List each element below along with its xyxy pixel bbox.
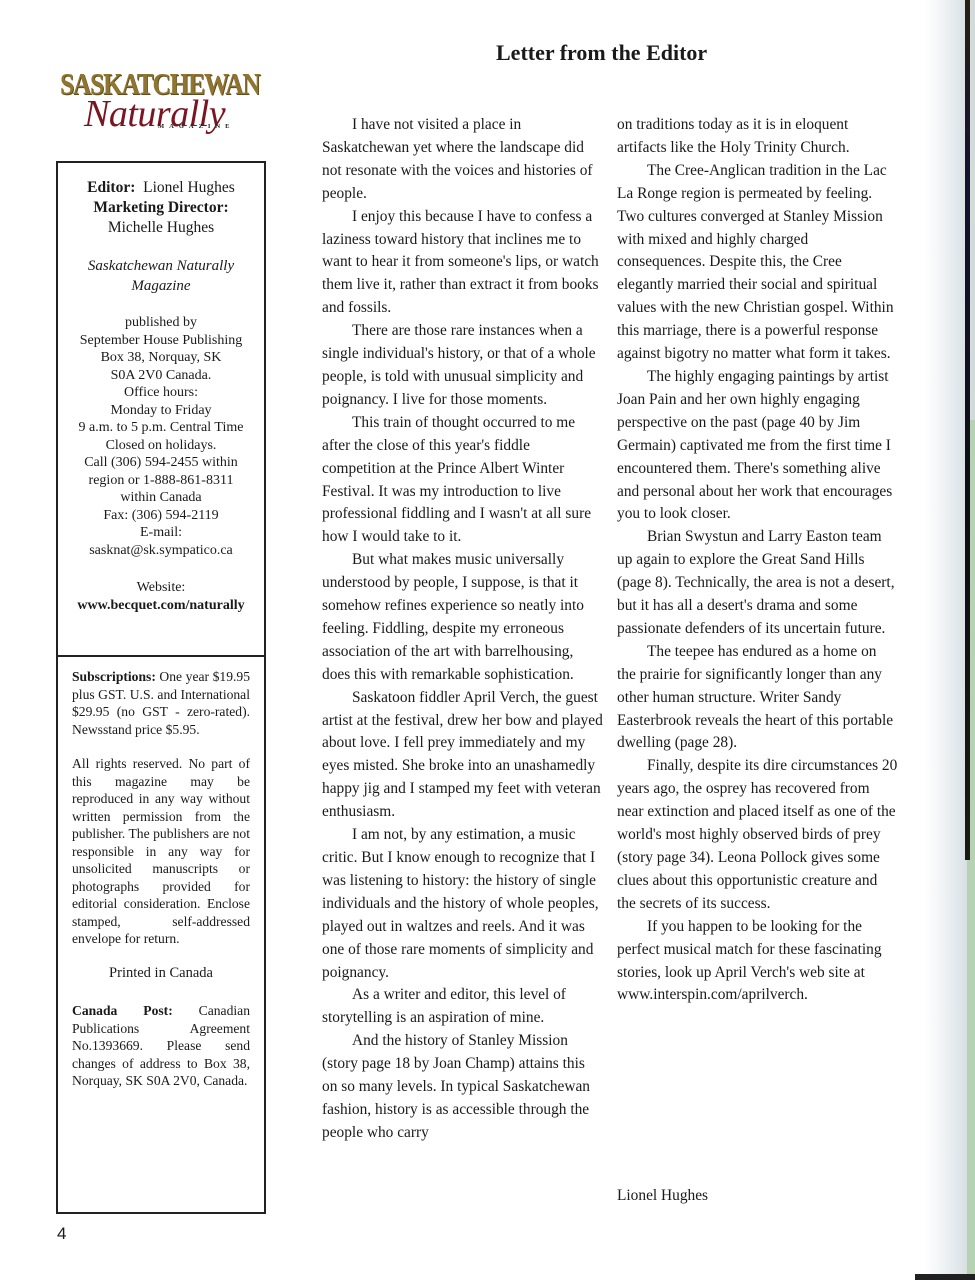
subscriptions-label: Subscriptions:: [72, 669, 156, 684]
publisher-line: published by: [58, 314, 264, 332]
publisher-line: Office hours:: [58, 384, 264, 402]
paragraph-continuation: on traditions today as it is in eloquent…: [617, 114, 899, 160]
canada-post-info: Canada Post: Canadian Publications Agree…: [72, 1002, 250, 1090]
publisher-line: Closed on holidays.: [58, 437, 264, 455]
publisher-line: within Canada: [58, 489, 264, 507]
publisher-line: 9 a.m. to 5 p.m. Central Time: [58, 419, 264, 437]
binding-spine: [965, 0, 970, 860]
subscriptions-info: Subscriptions: One year $19.95 plus GST.…: [72, 668, 250, 738]
magazine-name: Saskatchewan Naturally Magazine: [58, 256, 264, 296]
paragraph: The highly engaging paintings by artist …: [617, 366, 899, 526]
publisher-info: published by September House Publishing …: [58, 314, 264, 559]
publisher-line: Monday to Friday: [58, 402, 264, 420]
publisher-line: Box 38, Norquay, SK: [58, 349, 264, 367]
marketing-label: Marketing Director:: [58, 198, 264, 218]
publisher-line: region or 1-888-861-8311: [58, 472, 264, 490]
email-address: sasknat@sk.sympatico.ca: [58, 542, 264, 560]
canada-post-label: Canada Post:: [72, 1003, 173, 1018]
logo-subtitle: MAGAZINE: [158, 123, 234, 130]
paragraph: Brian Swystun and Larry Easton team up a…: [617, 526, 899, 641]
publisher-line: S0A 2V0 Canada.: [58, 367, 264, 385]
paragraph: But what makes music universally underst…: [322, 549, 604, 686]
editor-line: Editor: Lionel Hughes: [58, 178, 264, 198]
letter-column-2: on traditions today as it is in eloquent…: [617, 114, 899, 1007]
magazine-name-line: Magazine: [58, 276, 264, 296]
website-info: Website: www.becquet.com/naturally: [58, 579, 264, 614]
website-label: Website:: [58, 579, 264, 597]
paragraph: The teepee has endured as a home on the …: [617, 641, 899, 756]
paragraph: I have not visited a place in Saskatchew…: [322, 114, 604, 206]
paragraph: If you happen to be looking for the perf…: [617, 916, 899, 1008]
magazine-name-line: Saskatchewan Naturally: [58, 256, 264, 276]
staff-credits: Editor: Lionel Hughes Marketing Director…: [58, 178, 264, 238]
printed-in: Printed in Canada: [72, 965, 250, 983]
paragraph: I enjoy this because I have to confess a…: [322, 206, 604, 321]
paragraph: And the history of Stanley Mission (stor…: [322, 1030, 604, 1145]
editor-signature: Lionel Hughes: [617, 1187, 708, 1205]
paragraph: This train of thought occurred to me aft…: [322, 412, 604, 549]
page-title: Letter from the Editor: [496, 40, 707, 66]
masthead-box: Editor: Lionel Hughes Marketing Director…: [56, 161, 266, 1214]
letter-column-1: I have not visited a place in Saskatchew…: [322, 114, 604, 1145]
paragraph: Finally, despite its dire circumstances …: [617, 755, 899, 915]
editor-name: Lionel Hughes: [143, 179, 235, 196]
paragraph: As a writer and editor, this level of st…: [322, 984, 604, 1030]
paragraph: I am not, by any estimation, a music cri…: [322, 824, 604, 984]
paragraph: Saskatoon fiddler April Verch, the guest…: [322, 687, 604, 824]
magazine-logo: SASKATCHEWAN Naturally MAGAZINE: [60, 66, 270, 136]
editor-label: Editor:: [87, 179, 135, 196]
paragraph: The Cree-Anglican tradition in the Lac L…: [617, 160, 899, 366]
website-url: www.becquet.com/naturally: [58, 597, 264, 615]
page-number: 4: [57, 1224, 66, 1244]
publisher-line: September House Publishing: [58, 332, 264, 350]
masthead-contacts: Editor: Lionel Hughes Marketing Director…: [58, 163, 264, 657]
marketing-name: Michelle Hughes: [58, 218, 264, 238]
binding-bottom: [915, 1274, 975, 1280]
fine-print: Subscriptions: One year $19.95 plus GST.…: [72, 668, 250, 1107]
publisher-line: E-mail:: [58, 524, 264, 542]
publisher-line: Call (306) 594-2455 within: [58, 454, 264, 472]
rights-notice: All rights reserved. No part of this mag…: [72, 755, 250, 948]
publisher-line: Fax: (306) 594-2119: [58, 507, 264, 525]
paragraph: There are those rare instances when a si…: [322, 320, 604, 412]
